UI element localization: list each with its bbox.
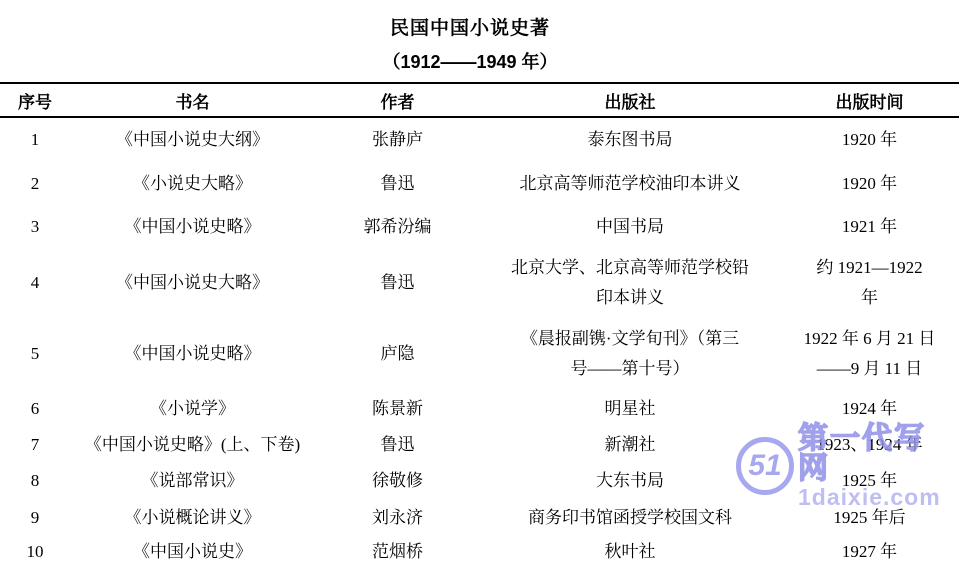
cell-date: 约 1921—1922 年	[780, 248, 959, 318]
column-header-no: 序号	[0, 83, 70, 117]
cell-date: 1923、1924 年	[780, 427, 959, 463]
column-header-author: 作者	[315, 83, 480, 117]
column-header-date: 出版时间	[780, 83, 959, 117]
cell-publisher: 大东书局	[480, 463, 780, 499]
table-row: 4 《中国小说史大略》 鲁迅 北京大学、北京高等师范学校铅 印本讲义 约 192…	[0, 248, 959, 318]
column-header-publisher: 出版社	[480, 83, 780, 117]
table-row: 10 《中国小说史》 范烟桥 秋叶社 1927 年	[0, 536, 959, 566]
cell-author: 徐敬修	[315, 463, 480, 499]
cell-author: 郭希汾编	[315, 206, 480, 248]
column-header-book: 书名	[70, 83, 315, 117]
document-page: 民国中国小说史著 （1912——1949 年） 序号 书名 作者 出版社 出版时…	[0, 0, 959, 566]
cell-no: 4	[0, 248, 70, 318]
cell-publisher: 中国书局	[480, 206, 780, 248]
cell-no: 7	[0, 427, 70, 463]
cell-date: 1925 年后	[780, 499, 959, 536]
cell-author: 鲁迅	[315, 248, 480, 318]
cell-publisher: 新潮社	[480, 427, 780, 463]
book-history-table: 序号 书名 作者 出版社 出版时间 1 《中国小说史大纲》 张静庐 泰东图书局 …	[0, 82, 959, 566]
cell-no: 10	[0, 536, 70, 566]
cell-no: 8	[0, 463, 70, 499]
cell-book: 《小说史大略》	[70, 161, 315, 206]
cell-no: 9	[0, 499, 70, 536]
document-subtitle: （1912——1949 年）	[0, 48, 940, 74]
cell-date: 1920 年	[780, 117, 959, 161]
cell-publisher: 《晨报副镌·文学旬刊》（第三 号——第十号）	[480, 318, 780, 390]
cell-author: 陈景新	[315, 390, 480, 427]
table-row: 7 《中国小说史略》(上、下卷) 鲁迅 新潮社 1923、1924 年	[0, 427, 959, 463]
cell-book: 《中国小说史略》	[70, 206, 315, 248]
cell-date: 1921 年	[780, 206, 959, 248]
cell-author: 刘永济	[315, 499, 480, 536]
cell-date: 1920 年	[780, 161, 959, 206]
cell-no: 5	[0, 318, 70, 390]
cell-author: 鲁迅	[315, 427, 480, 463]
header-row: 序号 书名 作者 出版社 出版时间	[0, 83, 959, 117]
cell-no: 1	[0, 117, 70, 161]
cell-book: 《说部常识》	[70, 463, 315, 499]
table-row: 6 《小说学》 陈景新 明星社 1924 年	[0, 390, 959, 427]
cell-date: 1924 年	[780, 390, 959, 427]
cell-book: 《中国小说史》	[70, 536, 315, 566]
cell-book: 《中国小说史大略》	[70, 248, 315, 318]
cell-publisher: 北京高等师范学校油印本讲义	[480, 161, 780, 206]
cell-author: 张静庐	[315, 117, 480, 161]
cell-publisher: 商务印书馆函授学校国文科	[480, 499, 780, 536]
cell-author: 范烟桥	[315, 536, 480, 566]
cell-date: 1925 年	[780, 463, 959, 499]
cell-publisher: 明星社	[480, 390, 780, 427]
cell-book: 《中国小说史略》	[70, 318, 315, 390]
document-title: 民国中国小说史著	[0, 13, 940, 40]
table-row: 2 《小说史大略》 鲁迅 北京高等师范学校油印本讲义 1920 年	[0, 161, 959, 206]
cell-book: 《小说学》	[70, 390, 315, 427]
table-row: 5 《中国小说史略》 庐隐 《晨报副镌·文学旬刊》（第三 号——第十号） 192…	[0, 318, 959, 390]
table-row: 9 《小说概论讲义》 刘永济 商务印书馆函授学校国文科 1925 年后	[0, 499, 959, 536]
cell-book: 《中国小说史略》(上、下卷)	[70, 427, 315, 463]
table-row: 3 《中国小说史略》 郭希汾编 中国书局 1921 年	[0, 206, 959, 248]
cell-no: 2	[0, 161, 70, 206]
cell-publisher: 北京大学、北京高等师范学校铅 印本讲义	[480, 248, 780, 318]
cell-date: 1922 年 6 月 21 日 ——9 月 11 日	[780, 318, 959, 390]
cell-author: 鲁迅	[315, 161, 480, 206]
cell-date: 1927 年	[780, 536, 959, 566]
cell-book: 《小说概论讲义》	[70, 499, 315, 536]
cell-publisher: 泰东图书局	[480, 117, 780, 161]
cell-no: 6	[0, 390, 70, 427]
table-row: 1 《中国小说史大纲》 张静庐 泰东图书局 1920 年	[0, 117, 959, 161]
cell-publisher: 秋叶社	[480, 536, 780, 566]
table-row: 8 《说部常识》 徐敬修 大东书局 1925 年	[0, 463, 959, 499]
cell-book: 《中国小说史大纲》	[70, 117, 315, 161]
cell-no: 3	[0, 206, 70, 248]
cell-author: 庐隐	[315, 318, 480, 390]
